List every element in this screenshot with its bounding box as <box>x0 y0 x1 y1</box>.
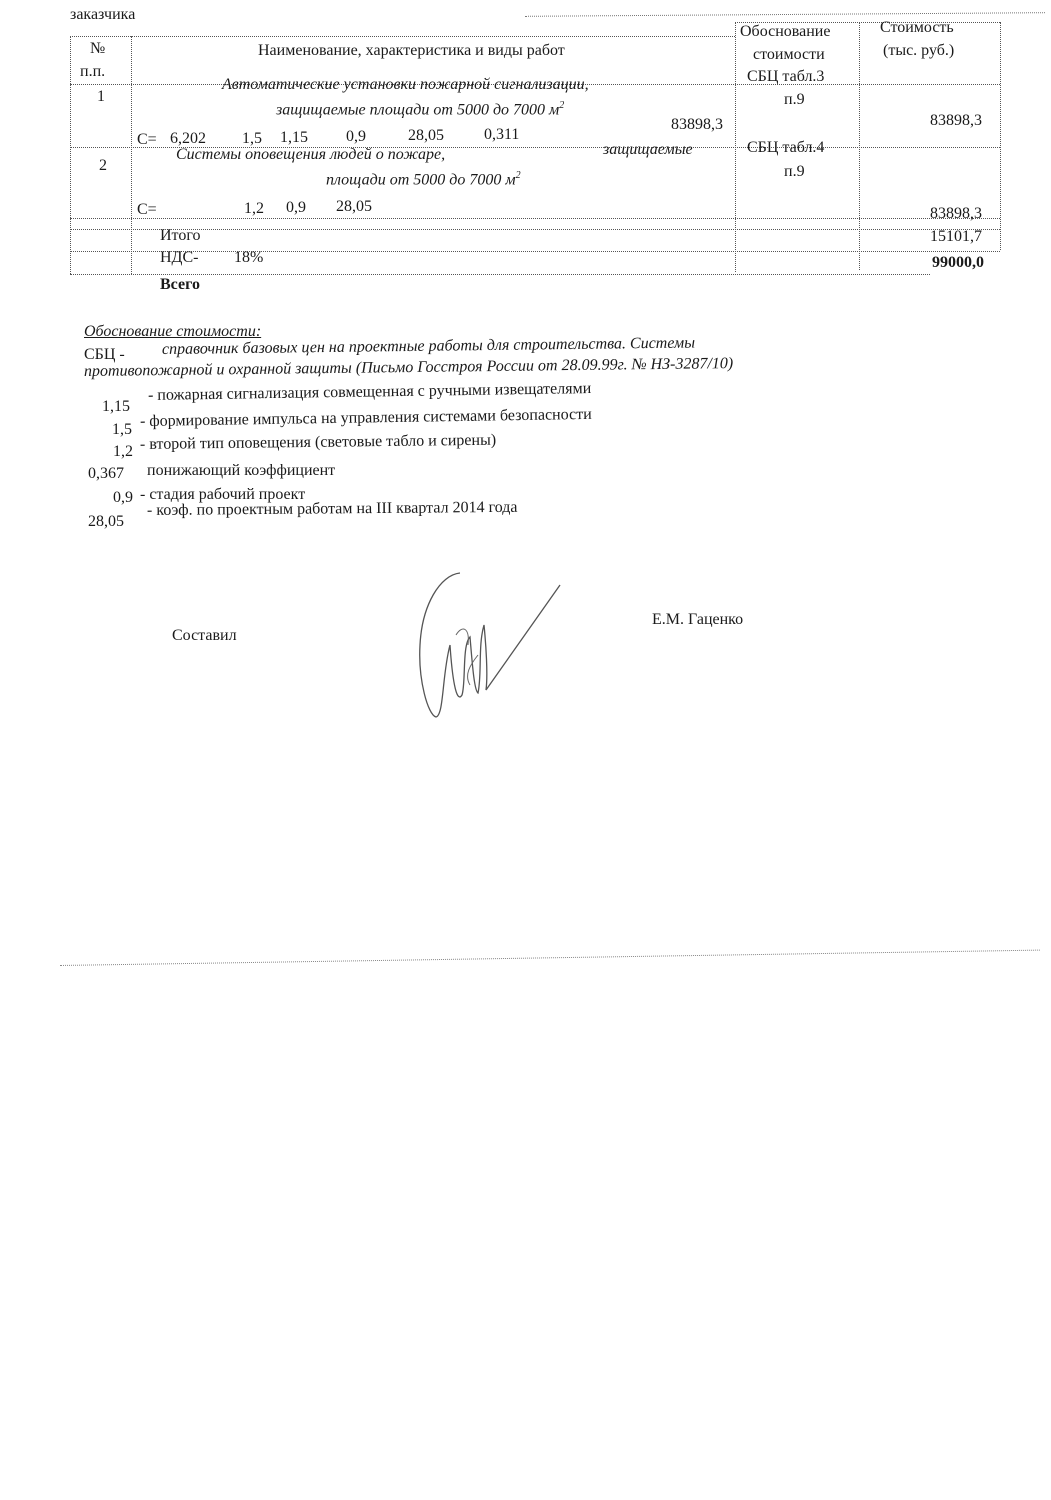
justification-title: Обоснование стоимости: <box>84 323 261 341</box>
row-title: защищаемые площади от 5000 до 7000 м2 <box>276 100 564 119</box>
row-basis: СБЦ табл.4 <box>747 139 824 157</box>
coef-value: 0,9 <box>113 489 133 507</box>
row-basis: п.9 <box>784 163 805 181</box>
sbc-text: противопожарной и охранной защиты (Письм… <box>84 355 733 381</box>
divider <box>70 36 735 37</box>
row-cost: 83898,3 <box>930 112 982 130</box>
formula-label: С= <box>137 131 157 149</box>
divider <box>70 229 1000 230</box>
coef-text: - второй тип оповещения (световые табло … <box>140 432 496 454</box>
header-fragment: заказчика <box>70 6 135 24</box>
divider <box>70 218 1000 219</box>
row-title: Автоматические установки пожарной сигнал… <box>222 76 589 94</box>
row-title: площади от 5000 до 7000 м2 <box>326 170 521 189</box>
header-num: п.п. <box>80 63 105 81</box>
formula-value: 0,9 <box>286 199 306 217</box>
header-basis: Обоснование <box>740 23 830 41</box>
divider <box>131 36 132 274</box>
formula-value: 1,15 <box>280 129 308 147</box>
itogo-value: 15101,7 <box>930 228 982 246</box>
coef-text: - формирование импульса на управления си… <box>140 406 592 431</box>
row-title: Системы оповещения людей о пожаре, <box>176 146 445 164</box>
coef-text: - коэф. по проектным работам на III квар… <box>147 499 518 520</box>
coef-value: 28,05 <box>88 513 124 531</box>
formula-value: 0,9 <box>346 128 366 146</box>
divider <box>1000 22 1001 250</box>
coef-text: понижающий коэффициент <box>147 462 335 480</box>
nds-rate: 18% <box>234 249 263 267</box>
row-num: 2 <box>99 157 107 175</box>
formula-value: 28,05 <box>336 198 372 216</box>
header-name: Наименование, характеристика и виды рабо… <box>258 42 565 60</box>
row-basis: СБЦ табл.3 <box>747 68 824 86</box>
signature-image <box>400 565 580 735</box>
sbc-label: СБЦ - <box>84 346 125 364</box>
coef-text: - пожарная сигнализация совмещенная с ру… <box>148 380 592 405</box>
formula-value: 1,2 <box>244 200 264 218</box>
formula-value: 0,311 <box>484 126 519 144</box>
formula-result: 83898,3 <box>671 116 723 134</box>
coef-value: 1,5 <box>112 421 132 439</box>
vsego-value: 99000,0 <box>932 254 984 272</box>
divider <box>70 274 930 275</box>
header-basis: стоимости <box>753 46 825 64</box>
row-num: 1 <box>97 88 105 106</box>
coef-value: 0,367 <box>88 465 124 483</box>
divider <box>70 36 71 274</box>
formula-value: 28,05 <box>408 127 444 145</box>
divider <box>525 12 1045 17</box>
compiled-by-label: Составил <box>172 627 237 645</box>
coef-value: 1,2 <box>113 443 133 461</box>
row-basis: п.9 <box>784 91 805 109</box>
divider <box>60 950 1040 966</box>
divider <box>70 251 1000 252</box>
divider <box>859 22 860 270</box>
row-title: защищаемые <box>603 141 693 159</box>
signatory-name: Е.М. Гаценко <box>652 611 743 629</box>
formula-label: С= <box>137 201 157 219</box>
header-cost: Стоимость <box>880 19 954 37</box>
itogo-label: Итого <box>160 227 201 245</box>
divider <box>735 22 736 272</box>
row-cost: 83898,3 <box>930 205 982 223</box>
header-num: № <box>90 40 105 58</box>
coef-value: 1,15 <box>102 398 130 416</box>
nds-label: НДС- <box>160 249 198 267</box>
vsego-label: Всего <box>160 276 200 294</box>
header-cost: (тыс. руб.) <box>883 42 954 60</box>
